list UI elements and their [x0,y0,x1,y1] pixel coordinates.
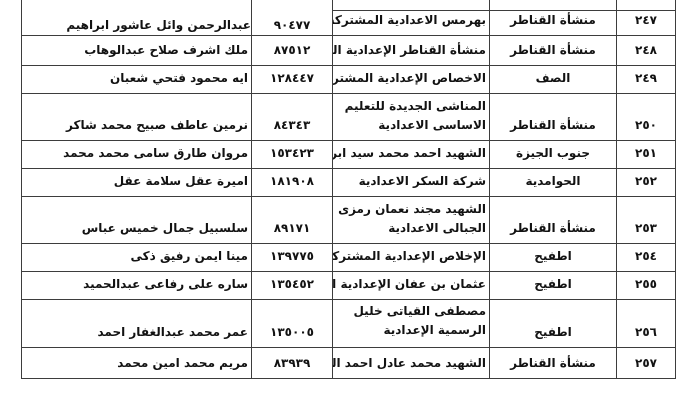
school-name-text: المناشى الجديدة للتعليم الاساسى الاعدادي… [336,97,486,135]
serial-cell: ٢٥٤ [617,243,676,271]
district-cell: اطفيح [490,299,617,347]
seat-cell: ٩٠٤٧٧ [252,0,333,35]
seat-cell: ٨٩١٧١ [252,196,333,243]
district-cell: منشأة القناطر [490,347,617,378]
serial-cell: ٢٥٠ [617,93,676,140]
school-cell: الشهيد مجند نعمان رمزى الجبالى الاعدادية [333,196,490,243]
school-cell: عثمان بن عفان الإعدادية المشتركة [333,271,490,299]
seat-cell: ٨٤٣٤٣ [252,93,333,140]
school-cell: الاخصاص الإعدادية المشتركة [333,65,490,93]
seat-cell: ١٨١٩٠٨ [252,168,333,196]
school-cell: منشأة القناطر الإعدادية المشتركة [333,35,490,65]
school-cell [333,0,490,10]
district-cell: اطفيح [490,243,617,271]
school-cell: شركة السكر الاعدادية [333,168,490,196]
district-cell: منشأة القناطر [490,93,617,140]
seat-cell: ١٢٨٤٤٧ [252,65,333,93]
table-row: ٢٤٩ الصف الاخصاص الإعدادية المشتركة ١٢٨٤… [22,65,676,93]
school-cell: مصطفى القياتى خليل الرسمية الإعدادية الم… [333,299,490,347]
name-cell: ساره على رفاعى عبدالحميد [22,271,252,299]
name-cell: ملك اشرف صلاح عبدالوهاب [22,35,252,65]
serial-cell: ٢٥٢ [617,168,676,196]
school-cell: بهرمس الاعدادية المشتركة [333,10,490,35]
seat-cell: ٨٣٩٣٩ [252,347,333,378]
students-table: ٩٠٤٧٧ عبدالرحمن وائل عاشور ابراهيم ٢٤٧ م… [21,0,676,379]
serial-cell: ٢٥٥ [617,271,676,299]
seat-cell: ١٣٥٠٠٥ [252,299,333,347]
district-cell: الصف [490,65,617,93]
seat-cell: ١٣٥٤٥٢ [252,271,333,299]
table-row: ٢٥٠ منشأة القناطر المناشى الجديدة للتعلي… [22,93,676,140]
serial-cell: ٢٤٨ [617,35,676,65]
school-cell: الشهيد احمد محمد سيد ابراهيم ع بنين [333,140,490,168]
seat-cell: ١٣٩٧٧٥ [252,243,333,271]
serial-cell: ٢٤٩ [617,65,676,93]
district-cell: منشأة القناطر [490,196,617,243]
table-row: ٢٥١ جنوب الجيزة الشهيد احمد محمد سيد ابر… [22,140,676,168]
table-row: ٢٥٢ الحوامدية شركة السكر الاعدادية ١٨١٩٠… [22,168,676,196]
district-cell: منشأة القناطر [490,10,617,35]
scanned-document-page: ٩٠٤٧٧ عبدالرحمن وائل عاشور ابراهيم ٢٤٧ م… [0,0,680,404]
district-cell: اطفيح [490,271,617,299]
name-cell: سلسبيل جمال خميس عباس [22,196,252,243]
school-cell: المناشى الجديدة للتعليم الاساسى الاعدادي… [333,93,490,140]
district-cell: منشأة القناطر [490,35,617,65]
serial-cell: ٢٥٦ [617,299,676,347]
name-cell: عمر محمد عبدالغفار احمد [22,299,252,347]
school-cell: الإخلاص الإعدادية المشتركة [333,243,490,271]
table-row: ٩٠٤٧٧ عبدالرحمن وائل عاشور ابراهيم [22,0,676,10]
table-row: ٢٥٦ اطفيح مصطفى القياتى خليل الرسمية الإ… [22,299,676,347]
district-cell: الحوامدية [490,168,617,196]
name-cell: نرمين عاطف صبيح محمد شاكر [22,93,252,140]
name-cell: مروان طارق سامى محمد محمد [22,140,252,168]
table-row: ٢٥٤ اطفيح الإخلاص الإعدادية المشتركة ١٣٩… [22,243,676,271]
name-cell: عبدالرحمن وائل عاشور ابراهيم [22,0,252,35]
seat-cell: ١٥٣٤٢٣ [252,140,333,168]
school-name-text: الشهيد مجند نعمان رمزى الجبالى الاعدادية [336,200,486,238]
table-row: ٢٥٧ منشأة القناطر الشهيد محمد عادل احمد … [22,347,676,378]
school-cell: الشهيد محمد عادل احمد الطويل [333,347,490,378]
district-cell [490,0,617,10]
serial-cell [617,0,676,10]
school-name-text: مصطفى القياتى خليل الرسمية الإعدادية الم… [336,302,486,342]
table-row: ٢٥٣ منشأة القناطر الشهيد مجند نعمان رمزى… [22,196,676,243]
seat-cell: ٨٧٥١٢ [252,35,333,65]
serial-cell: ٢٥٧ [617,347,676,378]
name-cell: مريم محمد امين محمد [22,347,252,378]
serial-cell: ٢٥٣ [617,196,676,243]
district-cell: جنوب الجيزة [490,140,617,168]
name-cell: اميرة عقل سلامة عقل [22,168,252,196]
serial-cell: ٢٤٧ [617,10,676,35]
serial-cell: ٢٥١ [617,140,676,168]
name-cell: ايه محمود فتحي شعبان [22,65,252,93]
table-row: ٢٤٨ منشأة القناطر منشأة القناطر الإعدادي… [22,35,676,65]
name-cell: مينا ايمن رفيق ذكى [22,243,252,271]
table-row: ٢٥٥ اطفيح عثمان بن عفان الإعدادية المشتر… [22,271,676,299]
